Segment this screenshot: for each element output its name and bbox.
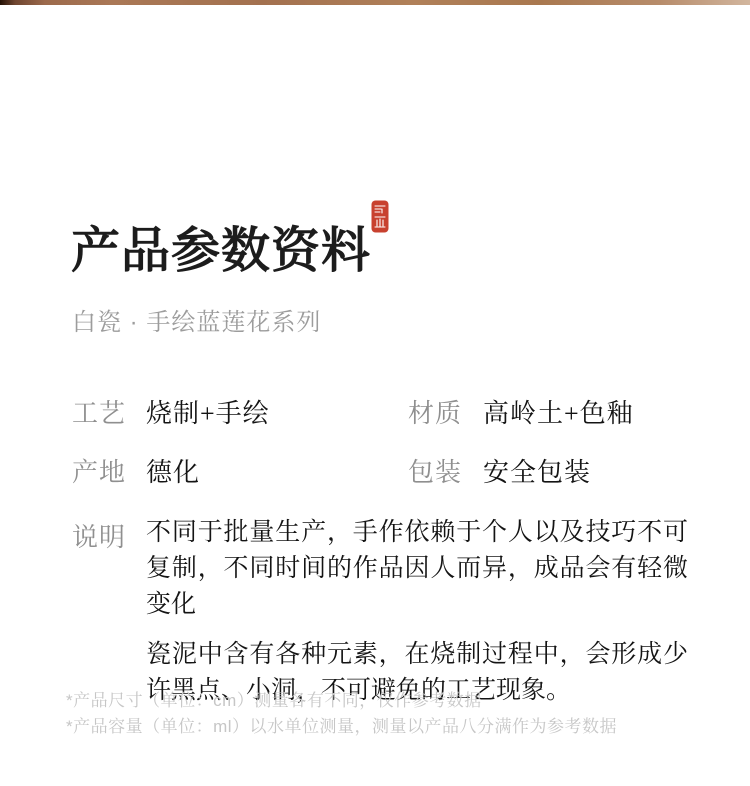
footnote-capacity: *产品容量（单位：ml）以水单位测量，测量以产品八分满作为参考数据: [66, 714, 706, 740]
red-seal-stamp-icon: [371, 200, 389, 233]
description-label: 说明: [72, 517, 126, 554]
footnote-size: *产品尺寸（单位：cm）测量各有不同，仅作参考数据: [66, 688, 706, 714]
page-title: 产品参数资料: [71, 219, 371, 283]
spec-label-craft: 工艺: [72, 393, 126, 430]
series-subtitle: 白瓷 · 手绘蓝莲花系列: [72, 302, 321, 337]
description-paragraph: 不同于批量生产，手作依赖于个人以及技巧不可复制，不同时间的作品因人而异，成品会有…: [146, 515, 688, 623]
spec-value-origin: 德化: [146, 452, 200, 489]
spec-label-material: 材质: [408, 393, 462, 430]
spec-label-packaging: 包装: [408, 452, 462, 489]
spec-row-2: 产地 德化 包装 安全包装: [0, 452, 750, 486]
spec-value-material: 高岭土+色釉: [483, 393, 634, 430]
spec-label-origin: 产地: [72, 452, 126, 489]
spec-value-packaging: 安全包装: [483, 452, 591, 489]
footnotes: *产品尺寸（单位：cm）测量各有不同，仅作参考数据 *产品容量（单位：ml）以水…: [66, 688, 706, 740]
spec-value-craft: 烧制+手绘: [146, 393, 270, 430]
spec-row-1: 工艺 烧制+手绘 材质 高岭土+色釉: [0, 393, 750, 427]
top-accent-bar: [0, 0, 750, 5]
